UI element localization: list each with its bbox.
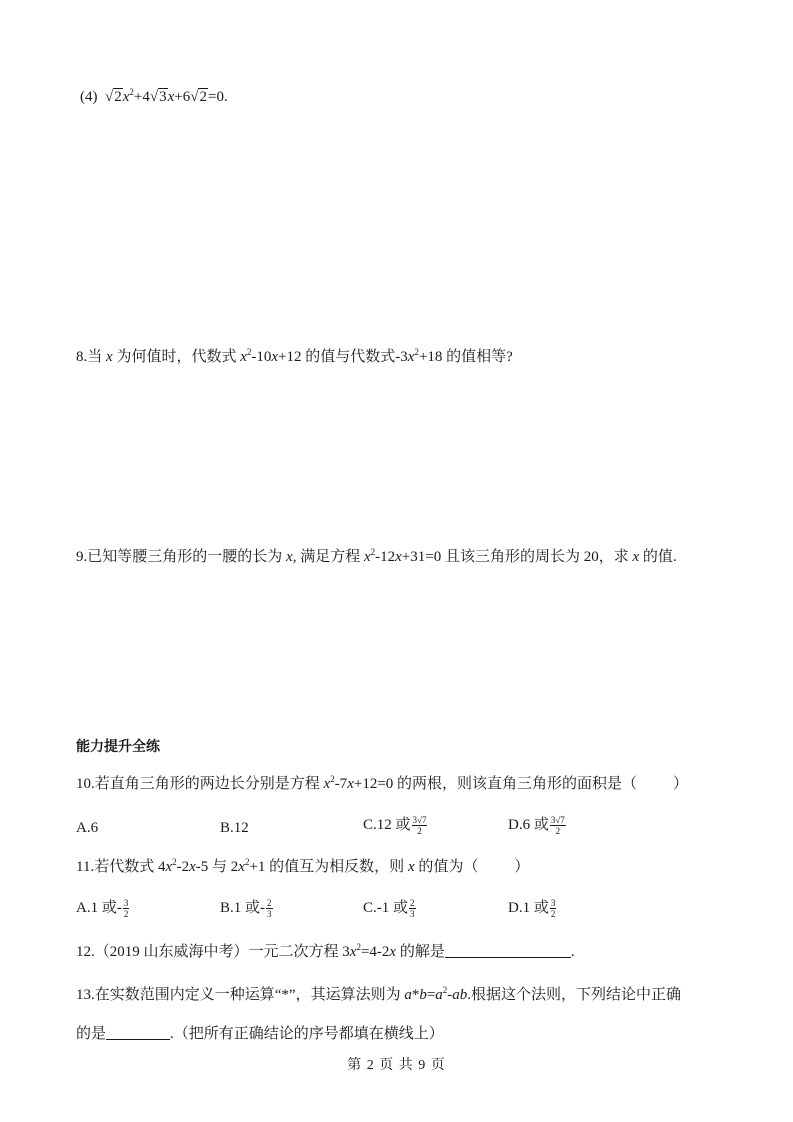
problem-7-4: (4) √2x2+4√3x+6√2=0. <box>80 87 228 107</box>
fraction: 23 <box>409 898 416 919</box>
option-10-d: D.6 或3√72 <box>508 815 566 836</box>
option-10-a: A.6 <box>76 818 98 838</box>
fraction: 32 <box>123 898 130 919</box>
sqrt-icon: √2 <box>190 87 208 107</box>
problem-13-line2: 的是.（把所有正确结论的序号都填在横线上） <box>76 1024 444 1044</box>
page-footer: 第 2 页 共 9 页 <box>0 1054 793 1074</box>
fraction: 23 <box>266 898 273 919</box>
sqrt-icon: √3 <box>150 87 168 107</box>
fraction: 3√72 <box>412 815 428 836</box>
option-11-d: D.1 或32 <box>508 898 556 919</box>
sub-label: (4) <box>80 89 98 105</box>
fraction: 32 <box>550 898 557 919</box>
option-10-c: C.12 或3√72 <box>363 815 427 836</box>
problem-11: 11.若代数式 4x2-2x-5 与 2x2+1 的值互为相反数，则 x 的值为… <box>76 857 529 877</box>
section-heading: 能力提升全练 <box>76 737 160 757</box>
problem-9: 9.已知等腰三角形的一腰的长为 x, 满足方程 x2-12x+31=0 且该三角… <box>76 547 677 567</box>
answer-blank[interactable] <box>106 1025 170 1040</box>
sqrt-icon: √2 <box>105 87 123 107</box>
problem-12: 12.（2019 山东威海中考）一元二次方程 3x2=4-2x 的解是. <box>76 942 575 962</box>
problem-10: 10.若直角三角形的两边长分别是方程 x2-7x+12=0 的两根，则该直角三角… <box>76 774 688 794</box>
problem-8: 8.当 x 为何值时，代数式 x2-10x+12 的值与代数式-3x2+18 的… <box>76 347 513 367</box>
option-11-c: C.-1 或23 <box>363 898 416 919</box>
answer-blank[interactable] <box>445 943 571 958</box>
option-10-b: B.12 <box>220 818 249 838</box>
option-11-a: A.1 或-32 <box>76 898 129 919</box>
problem-13: 13.在实数范围内定义一种运算“*”，其运算法则为 a*b=a2-ab.根据这个… <box>76 985 681 1005</box>
option-11-b: B.1 或-23 <box>220 898 273 919</box>
fraction: 3√72 <box>550 815 566 836</box>
